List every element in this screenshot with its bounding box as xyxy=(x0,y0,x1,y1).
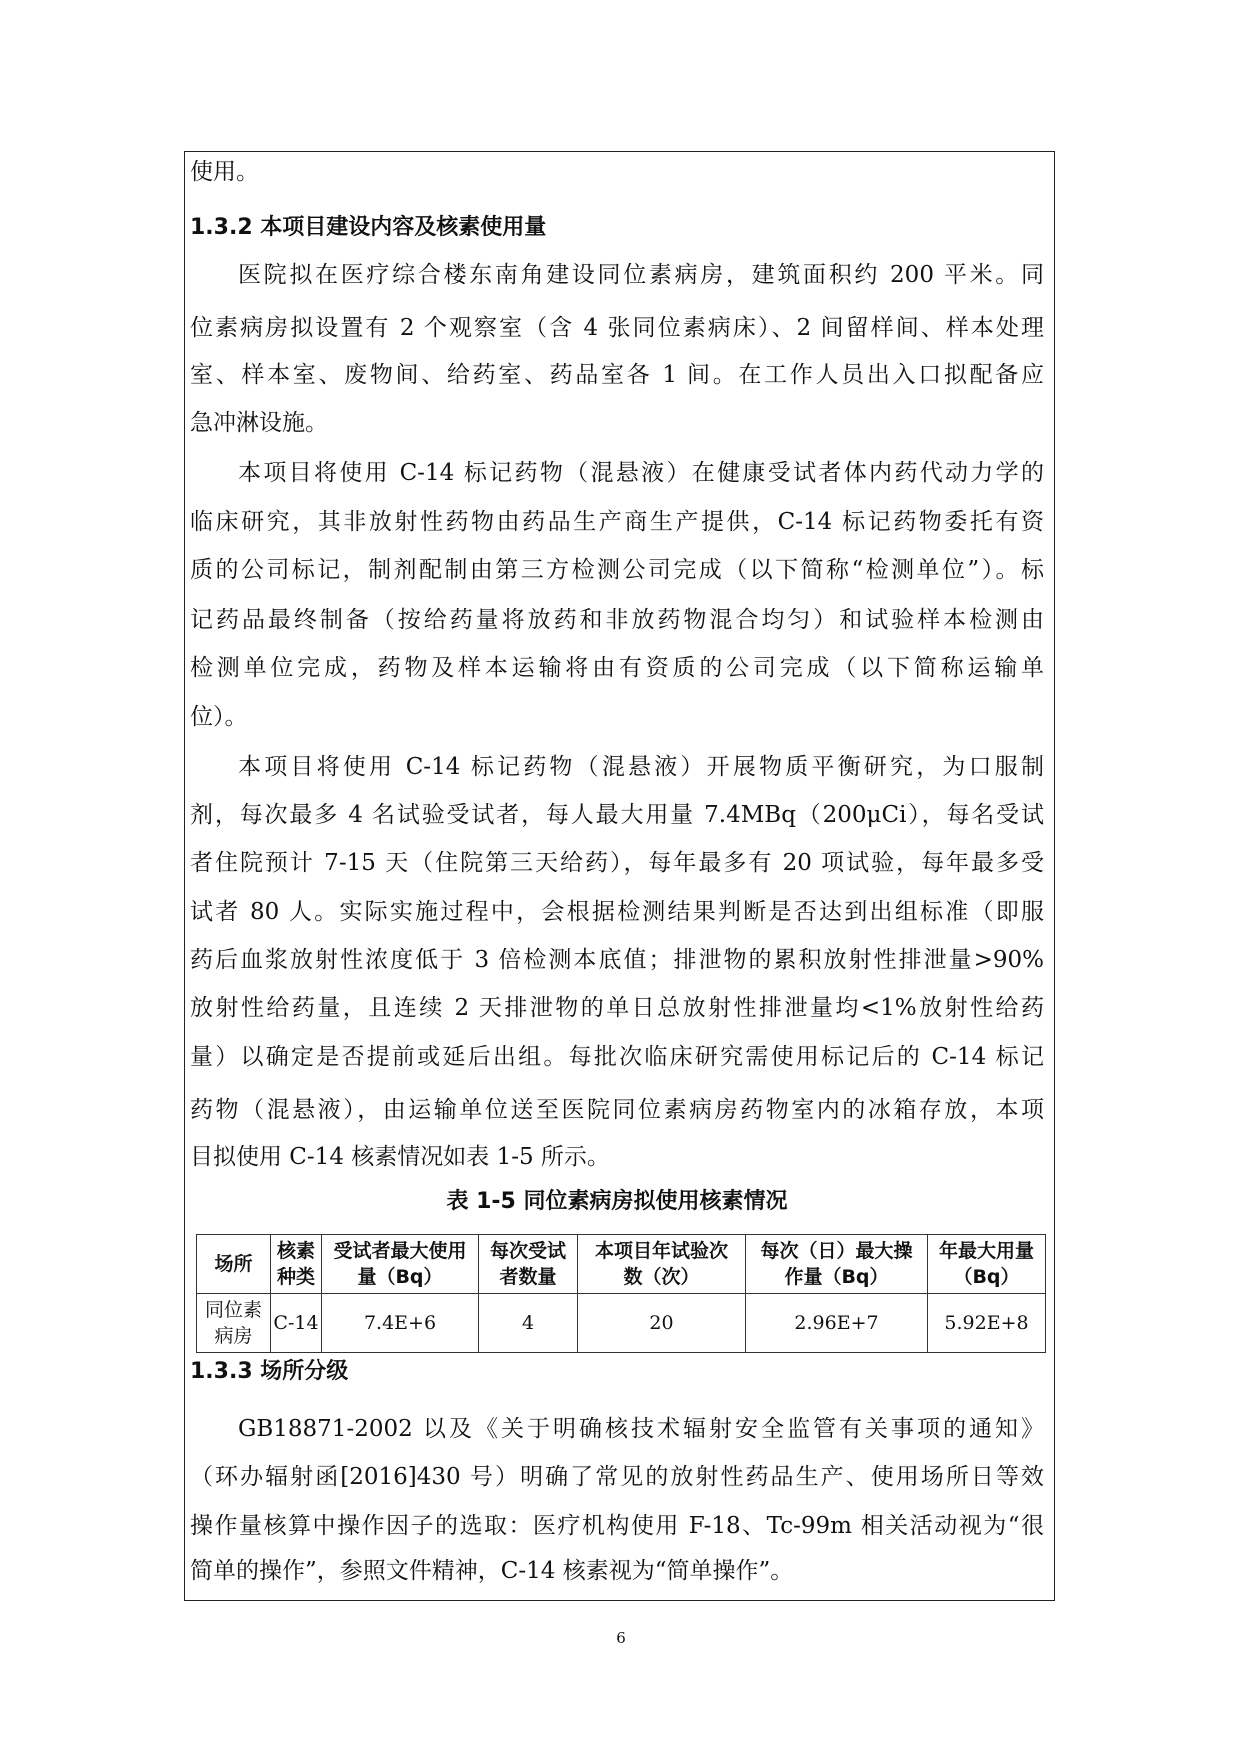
cell-text: 病房 xyxy=(214,1325,252,1347)
header-subjects-per-time: 每次受试者数量 xyxy=(479,1235,578,1294)
header-text: 受试者最大使用 xyxy=(333,1240,466,1262)
paragraph-line: 药后血浆放射性浓度低于 3 倍检测本底值；排泄物的累积放射性排泄量>90% xyxy=(190,945,1044,975)
header-text: 年最大用量 xyxy=(939,1240,1034,1262)
paragraph-line: 剂，每次最多 4 名试验受试者，每人最大用量 7.4MBq（200μCi），每名… xyxy=(190,800,1044,830)
paragraph-line: 本项目将使用 C-14 标记药物（混悬液）在健康受试者体内药代动力学的 xyxy=(238,458,1044,488)
paragraph-line: 简单的操作”，参照文件精神，C-14 核素视为“简单操作”。 xyxy=(190,1556,1044,1586)
header-text: 量（Bq） xyxy=(357,1266,442,1288)
paragraph-line: 临床研究，其非放射性药物由药品生产商生产提供，C-14 标记药物委托有资 xyxy=(190,507,1044,537)
paragraph-line: GB18871-2002 以及《关于明确核技术辐射安全监管有关事项的通知》 xyxy=(238,1414,1044,1444)
paragraph-line: 检测单位完成，药物及样本运输将由有资质的公司完成（以下简称运输单 xyxy=(190,653,1044,683)
paragraph-line: 记药品最终制备（按给药量将放药和非放药物混合均匀）和试验样本检测由 xyxy=(190,605,1044,635)
header-text: 核素 xyxy=(277,1240,315,1262)
header-site: 场所 xyxy=(197,1235,271,1294)
paragraph-line: 急冲淋设施。 xyxy=(190,408,1044,438)
table-caption: 表 1-5 同位素病房拟使用核素情况 xyxy=(190,1187,1044,1217)
header-nuclide-type: 核素种类 xyxy=(271,1235,322,1294)
section-heading-1-3-3: 1.3.3 场所分级 xyxy=(190,1357,1044,1387)
header-text: （Bq） xyxy=(953,1266,1019,1288)
paragraph-line: 量）以确定是否提前或延后出组。每批次临床研究需使用标记后的 C-14 标记 xyxy=(190,1042,1044,1072)
cell-subjects-per-time: 4 xyxy=(479,1294,578,1353)
header-text: 数（次） xyxy=(623,1266,699,1288)
cell-max-daily-operation: 2.96E+7 xyxy=(746,1294,928,1353)
paragraph-line: 目拟使用 C-14 核素情况如表 1-5 所示。 xyxy=(190,1142,1044,1172)
header-text: 种类 xyxy=(277,1266,315,1288)
paragraph-line: 本项目将使用 C-14 标记药物（混悬液）开展物质平衡研究，为口服制 xyxy=(238,752,1044,782)
paragraph-line: 医院拟在医疗综合楼东南角建设同位素病房，建筑面积约 200 平米。同 xyxy=(238,260,1044,290)
header-text: 场所 xyxy=(214,1253,252,1275)
header-text: 每次（日）最大操 xyxy=(760,1240,912,1262)
header-text: 每次受试 xyxy=(490,1240,566,1262)
table-row: 同位素病房 C-14 7.4E+6 4 20 2.96E+7 5.92E+8 xyxy=(197,1294,1046,1353)
paragraph-line: 试者 80 人。实际实施过程中，会根据检测结果判断是否达到出组标准（即服 xyxy=(190,897,1044,927)
paragraph-line: 者住院预计 7-15 天（住院第三天给药），每年最多有 20 项试验，每年最多受 xyxy=(190,848,1044,878)
header-max-daily-operation: 每次（日）最大操作量（Bq） xyxy=(746,1235,928,1294)
cell-max-per-subject: 7.4E+6 xyxy=(322,1294,479,1353)
continuation-text: 使用。 xyxy=(190,157,1044,187)
paragraph-line: 室、样本室、废物间、给药室、药品室各 1 间。在工作人员出入口拟配备应 xyxy=(190,360,1044,390)
cell-nuclide: C-14 xyxy=(271,1294,322,1353)
paragraph-line: （环办辐射函[2016]430 号）明确了常见的放射性药品生产、使用场所日等效 xyxy=(190,1462,1044,1492)
header-text: 作量（Bq） xyxy=(784,1266,888,1288)
paragraph-line: 质的公司标记，制剂配制由第三方检测公司完成（以下简称“检测单位”）。标 xyxy=(190,555,1044,585)
page-number: 6 xyxy=(611,1629,631,1647)
header-annual-max: 年最大用量（Bq） xyxy=(928,1235,1046,1294)
paragraph-line: 位素病房拟设置有 2 个观察室（含 4 张同位素病床）、2 间留样间、样本处理 xyxy=(190,313,1044,343)
section-heading-1-3-2: 1.3.2 本项目建设内容及核素使用量 xyxy=(190,213,1044,243)
cell-site: 同位素病房 xyxy=(197,1294,271,1353)
paragraph-line: 位）。 xyxy=(190,702,1044,732)
table-header-row: 场所 核素种类 受试者最大使用量（Bq） 每次受试者数量 本项目年试验次数（次）… xyxy=(197,1235,1046,1294)
header-text: 者数量 xyxy=(499,1266,556,1288)
header-annual-trials: 本项目年试验次数（次） xyxy=(578,1235,746,1294)
paragraph-line: 操作量核算中操作因子的选取：医疗机构使用 F-18、Tc-99m 相关活动视为“… xyxy=(190,1511,1044,1541)
header-max-per-subject: 受试者最大使用量（Bq） xyxy=(322,1235,479,1294)
nuclide-usage-table: 场所 核素种类 受试者最大使用量（Bq） 每次受试者数量 本项目年试验次数（次）… xyxy=(196,1234,1046,1353)
header-text: 本项目年试验次 xyxy=(595,1240,728,1262)
cell-annual-max: 5.92E+8 xyxy=(928,1294,1046,1353)
cell-text: 同位素 xyxy=(205,1299,262,1321)
paragraph-line: 放射性给药量，且连续 2 天排泄物的单日总放射性排泄量均<1%放射性给药 xyxy=(190,993,1044,1023)
paragraph-line: 药物（混悬液），由运输单位送至医院同位素病房药物室内的冰箱存放，本项 xyxy=(190,1095,1044,1125)
cell-annual-trials: 20 xyxy=(578,1294,746,1353)
